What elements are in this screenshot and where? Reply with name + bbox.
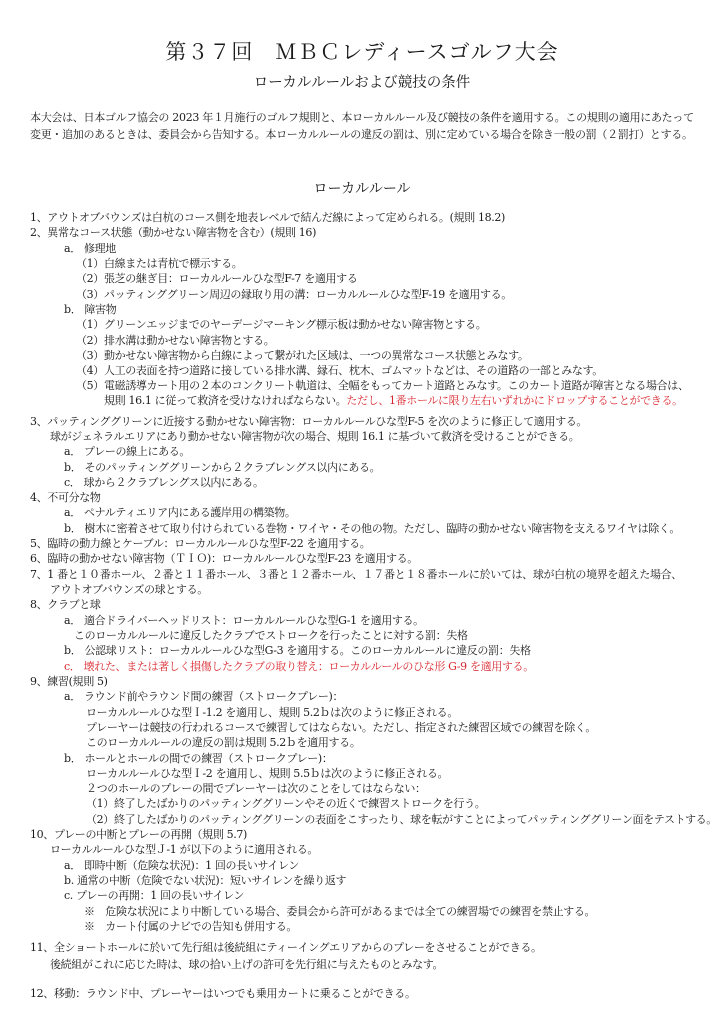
rule-2b-1: （1）グリーンエッジまでのヤーデージマーキング標示板は動かせない障害物とする。 [76, 318, 486, 332]
rule-4b: b． 樹木に密着させて取り付けられている巻物・ワイヤ・その他の物。ただし、臨時の… [64, 522, 680, 536]
rule-10c: c. プレーの再開：1 回の長いサイレン [64, 889, 244, 903]
rule-3a: a． プレーの線上にある。 [64, 445, 190, 459]
rule-11-cont: 後続組がこれに応じた時は、球の拾い上げの許可を先行組に与えたものとみなす。 [50, 958, 443, 972]
rule-2b-5: （5）電磁誘導カート用の２本のコンクリート軌道は、全幅をもってカート道路とみなす… [76, 379, 689, 393]
rule-10: 10、プレーの中断とプレーの再開（規則 5.7) [30, 828, 247, 842]
rule-9a-line2: プレーヤーは競技の行われるコースで練習してはならない。ただし、指定された練習区域… [86, 721, 596, 735]
rule-3c: c． 球から２クラブレングス以内にある。 [64, 476, 264, 490]
rule-9a-line3: このローカルルールの違反の罰は規則 5.2ｂを適用する。 [86, 736, 360, 750]
rule-5: 5、臨時の動力線とケーブル：ローカルルールひな型F-22 を適用する。 [30, 537, 370, 551]
rule-9a-line1: ローカルルールひな型Ｉ-1.2 を適用し、規則 5.2ｂは次のように修正される。 [86, 706, 458, 720]
rule-3-cont: 球がジェネラルエリアにあり動かせない障害物が次の場合、規則 16.1 に基づいて… [50, 430, 579, 444]
rule-8b: b． 公認球リスト：ローカルルールひな型G-3 を適用する。このローカルルールに… [64, 644, 531, 658]
rule-2b-5-cont: 規則 16.1 に従って救済を受けなければならない。ただし、1番ホールに限り左右… [104, 394, 683, 408]
rule-3b: b． そのパッティンググリーンから２クラブレングス以内にある。 [64, 461, 380, 475]
rule-9b-1: （1）終了したばかりのパッティンググリーンやその近くで練習ストロークを行う。 [86, 797, 485, 811]
rule-2b: b． 障害物 [64, 303, 116, 317]
rule-2a: a． 修理地 [64, 242, 116, 256]
rule-10a: a． 即時中断（危険な状況)：1 回の長いサイレン [64, 859, 299, 873]
red-note: ただし、1番ホールに限り左右いずれかにドロップすることができる。 [346, 394, 682, 407]
rule-11: 11、全ショートホールに於いて先行組は後続組にティーイングエリアからのプレーをさ… [30, 941, 542, 955]
rule-6: 6、臨時の動かせない障害物（ＴＩＯ)：ローカルルールひな型F-23 を適用する。 [30, 552, 418, 566]
rule-10-cont: ローカルルールひな型Ｊ-1 が以下のように適用される。 [50, 843, 318, 857]
rule-2b-3: （3）動かせない障害物から白線によって繋がれた区域は、一つの異常なコース状態とみ… [76, 349, 529, 363]
rule-8c: c． 壊れた、または著しく損傷したクラブの取り替え：ローカルルールのひな形 G-… [64, 660, 534, 674]
rule-2a-1: （1）白線または青杭で標示する。 [76, 257, 242, 271]
rule-3: 3、パッティンググリーンに近接する動かせない障害物：ローカルルールひな型F-5 … [30, 415, 587, 429]
rule-9b-line2: ２つのホールのプレーの間でプレーヤーは次のことをしてはならない： [86, 782, 426, 796]
rule-1: 1、アウトオブバウンズは白杭のコース側を地表レベルで結んだ線によって定められる。… [30, 211, 505, 225]
rule-2a-2: （2）張芝の継ぎ目：ローカルルールひな型F-7 を適用する [76, 272, 357, 286]
rule-10b: b. 通常の中断（危険でない状況)：短いサイレンを繰り返す [64, 874, 346, 888]
rule-8: 8、クラブと球 [30, 598, 101, 612]
red-note: c． 壊れた、または著しく損傷したクラブの取り替え：ローカルルールのひな形 G-… [64, 660, 534, 673]
rule-2b-4: （4）人工の表面を持つ道路に接している排水溝、縁石、枕木、ゴムマットなどは、その… [76, 364, 603, 378]
rule-7: 7、1 番と１０番ホール、２番と１１番ホール、３番と１２番ホール、１７番と１８番… [30, 568, 682, 582]
local-rules-list: 1、アウトオブバウンズは白杭のコース側を地表レベルで結んだ線によって定められる。… [0, 0, 724, 1024]
rule-2a-3: （3）パッティンググリーン周辺の縁取り用の溝：ローカルルールひな型F-19 を適… [76, 288, 512, 302]
rule-2b-2: （2）排水溝は動かせない障害物とする。 [76, 334, 274, 348]
rule-10-note-2: ※ カート付属のナビでの告知も併用する。 [84, 920, 297, 934]
rule-9b-line1: ローカルルールひな型Ｉ-2 を適用し、規則 5.5ｂは次のように修正される。 [86, 767, 448, 781]
rule-10-note-1: ※ 危険な状況により中断している場合、委員会から許可があるまでは全ての練習場での… [84, 905, 595, 919]
rule-7-cont: アウトオブバウンズの球とする。 [50, 583, 208, 597]
rule-9a: a． ラウンド前やラウンド間の練習（ストロークプレー)： [64, 690, 343, 704]
rule-9b: b． ホールとホールの間での練習（ストロークプレー)： [64, 752, 333, 766]
rule-8a-penalty: このローカルルールに違反したクラブでストロークを行ったことに対する罰：失格 [74, 629, 468, 643]
rule-12: 12、移動：ラウンド中、プレーヤーはいつでも乗用カートに乗ることができる。 [30, 987, 416, 1001]
rule-9b-2: （2）終了したばかりのパッティンググリーンの表面をこすったり、球を転がすことによ… [86, 813, 717, 827]
rule-8a: a． 適合ドライバーヘッドリスト：ローカルルールひな型G-1 を適用する。 [64, 614, 424, 628]
rule-2: 2、異常なコース状態（動かせない障害物を含む）(規則 16) [30, 226, 316, 240]
rule-4: 4、不可分な物 [30, 491, 101, 505]
rule-4a: a． ペナルティエリア内にある護岸用の構築物。 [64, 506, 296, 520]
rule-9: 9、練習(規則 5) [30, 675, 108, 689]
